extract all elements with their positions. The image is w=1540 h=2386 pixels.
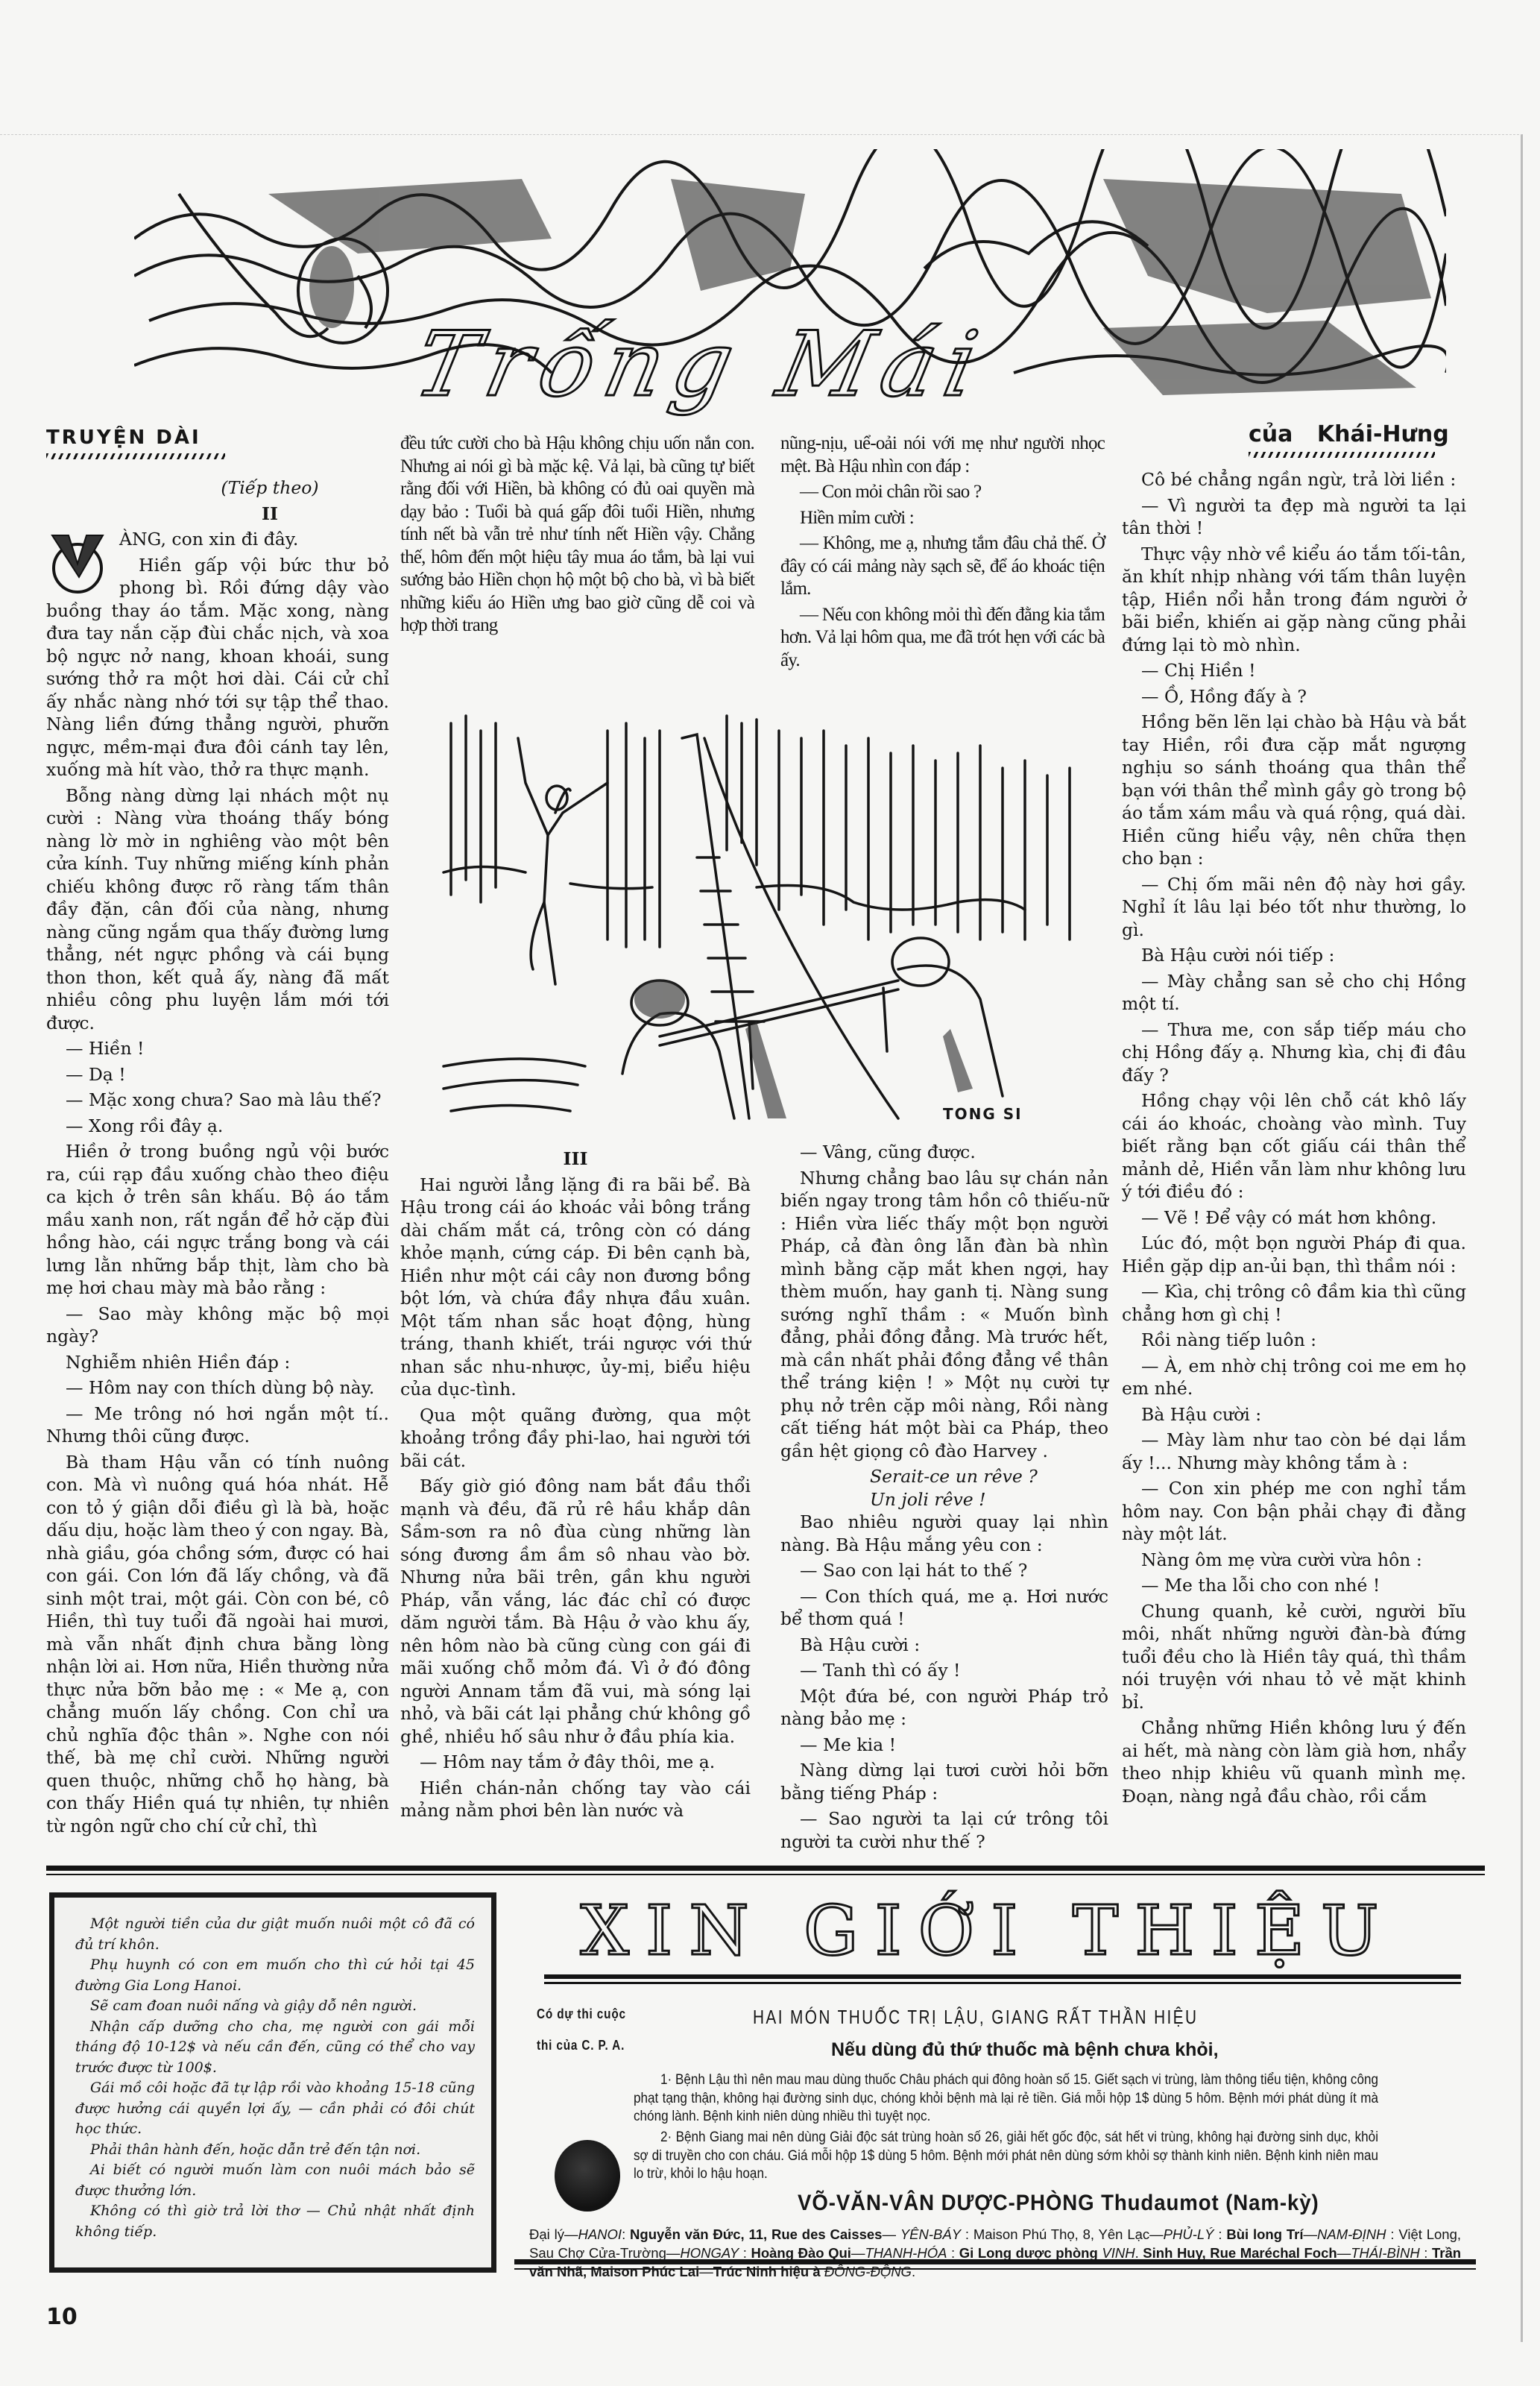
- illustrator-signature: TONG SI: [943, 1105, 1023, 1123]
- agent-city: VINH: [1102, 2245, 1135, 2261]
- promo-headline: HAI MÓN THUỐC TRỊ LẬU, GIANG RẤT THẦN HI…: [753, 2006, 1198, 2029]
- story-column-2-bottom: III Hai người lẳng lặng đi ra bãi bể. Bà…: [400, 1145, 751, 1825]
- agent-city: THANH-HÓA: [865, 2245, 947, 2261]
- promo-rule: [544, 1974, 1461, 1979]
- story-illustration: [436, 701, 1099, 1133]
- hatch-underline: [1249, 452, 1435, 458]
- dropcap-v-icon: [46, 531, 110, 595]
- contest-line: Có dự thi cuộc: [537, 1998, 657, 2030]
- divider-rule: [46, 1874, 1485, 1875]
- dialogue-line: — Hiền !: [46, 1037, 389, 1060]
- story-column-4: Cô bé chẳng ngần ngừ, trả lời liền : — V…: [1122, 468, 1466, 1810]
- agent-address: Sinh Huy, Rue Maréchal Foch: [1143, 2245, 1337, 2261]
- paragraph: Hồng bẽn lẽn lại chào bà Hậu và bắt tay …: [1122, 711, 1466, 870]
- paragraph: Hiền ở trong buồng ngủ vội bước ra, cúi …: [46, 1140, 389, 1300]
- ad-line: Một người tiền của dư giật muốn nuôi một…: [75, 1914, 475, 1955]
- dialogue-line: — Mày làm như tao còn bé dại lắm ấy !...…: [1122, 1429, 1466, 1474]
- author-byline: của Khái-Hưng: [1249, 421, 1449, 458]
- pharmacy-name: VÕ-VĂN-VÂN DƯỢC-PHÒNG Thudaumot (Nam-kỳ): [798, 2191, 1319, 2216]
- agents-list: Đại lý—HANOI: Nguyễn văn Đức, 11, Rue de…: [529, 2225, 1461, 2281]
- paragraph: Bà Hậu cười :: [1122, 1403, 1466, 1426]
- contest-note: Có dự thi cuộc thi của C. P. A.: [537, 1998, 657, 2061]
- divider-rule: [514, 2259, 1476, 2264]
- dialogue-line: — Mặc xong chưa? Sao mà lâu thế?: [46, 1089, 389, 1112]
- promo-item-1: 1· Bệnh Lậu thì nên mau mau dùng thuốc C…: [634, 2071, 1378, 2127]
- dialogue-line: — Mày chẳng san sẻ cho chị Hồng một tí.: [1122, 970, 1466, 1016]
- paragraph: Bao nhiêu người quay lại nhìn nàng. Bà H…: [780, 1511, 1108, 1556]
- promo-title: XIN GIỚI THIỆU: [514, 1894, 1461, 1968]
- section-label-text: TRUYỆN DÀI: [46, 426, 201, 449]
- paragraph: Lúc đó, một bọn người Pháp đi qua. Hiền …: [1122, 1232, 1466, 1277]
- dialogue-line: — Không, me ạ, nhưng tắm đâu chả thế. Ở …: [780, 532, 1105, 601]
- paragraph: Một đứa bé, con người Pháp trỏ nàng bảo …: [780, 1685, 1108, 1731]
- story-column-1: (Tiếp theo) II ÀNG, con xin đi đây. Hiền…: [46, 473, 389, 1840]
- paragraph: Bà Hậu cười nói tiếp :: [1122, 944, 1466, 967]
- chapter-heading: II: [46, 503, 389, 526]
- dialogue-line: — Hôm nay tắm ở đây thôi, me ạ.: [400, 1751, 751, 1774]
- dialogue-line: — Vẽ ! Để vậy có mát hơn không.: [1122, 1206, 1466, 1230]
- paragraph: Cô bé chẳng ngần ngừ, trả lời liền :: [1122, 468, 1466, 491]
- paragraph: Bà tham Hậu vẫn có tính nuông con. Mà vì…: [46, 1451, 389, 1838]
- paragraph: Chẳng những Hiền không lưu ý đến ai hết,…: [1122, 1716, 1466, 1807]
- paragraph: Hồng chạy vội lên chỗ cát khô lấy cái áo…: [1122, 1089, 1466, 1203]
- dialogue-line: — Sao người ta lại cứ trông tôi người ta…: [780, 1807, 1108, 1853]
- agents-label: Đại lý: [529, 2226, 564, 2242]
- section-label: TRUYỆN DÀI: [46, 426, 225, 459]
- paragraph: Nhưng chẳng bao lâu sự chán nản biến nga…: [780, 1167, 1108, 1463]
- paragraph: Nghiễm nhiên Hiền đáp :: [46, 1351, 389, 1374]
- agent-address: Trúc Ninh hiệu à: [713, 2264, 821, 2279]
- chapter-heading: III: [400, 1148, 751, 1171]
- agent-address: Maison Phú Thọ, 8, Yên Lạc: [973, 2226, 1149, 2242]
- dialogue-line: — Sao mày không mặc bộ mọi ngày?: [46, 1303, 389, 1348]
- pharmacy-advertisement: XIN GIỚI THIỆU Có dự thi cuộc thi của C.…: [514, 1894, 1498, 2282]
- agent-address: Nguyễn văn Đức, 11, Rue des Caisses: [630, 2226, 882, 2242]
- dialogue-line: — Ồ, Hồng đấy à ?: [1122, 685, 1466, 708]
- dialogue-line: — Thưa me, con sắp tiếp máu cho chị Hồng…: [1122, 1019, 1466, 1087]
- song-lyric: Serait-ce un rêve ?: [780, 1465, 1108, 1488]
- agent-city: THÁI-BÌNH: [1351, 2245, 1420, 2261]
- ad-line: Gái mồ côi hoặc đã tự lập rồi vào khoảng…: [75, 2078, 475, 2140]
- hatch-underline: [46, 453, 225, 459]
- agent-city: HONGAY: [680, 2245, 739, 2261]
- agent-city: PHỦ-LÝ: [1164, 2226, 1214, 2242]
- dialogue-line: — Dạ !: [46, 1063, 389, 1086]
- dialogue-line: — Sao con lại hát to thế ?: [780, 1559, 1108, 1582]
- dialogue-line: — Me trông nó hơi ngắn một tí.. Nhưng th…: [46, 1403, 389, 1448]
- dialogue-line: — Vâng, cũng được.: [780, 1141, 1108, 1164]
- paragraph: Bà Hậu cười :: [780, 1634, 1108, 1657]
- dialogue-line: — Con mỏi chân rồi sao ?: [780, 481, 1105, 504]
- paragraph: Bấy giờ gió đông nam bắt đầu thổi mạnh v…: [400, 1475, 751, 1748]
- agent-city: NAM-ĐỊNH: [1317, 2226, 1386, 2242]
- agent-address: Gi Long dược phòng: [959, 2245, 1098, 2261]
- divider-rule: [514, 2268, 1476, 2270]
- page-number: 10: [46, 2304, 78, 2330]
- dialogue-line: — Con thích quá, me ạ. Hơi nước bể thơm …: [780, 1585, 1108, 1631]
- paragraph: đều tức cười cho bà Hậu không chịu uốn n…: [400, 432, 754, 638]
- song-lyric: Un joli rêve !: [780, 1488, 1108, 1511]
- dialogue-line: — Me tha lỗi cho con nhé !: [1122, 1574, 1466, 1597]
- agent-city: HANOI: [578, 2226, 622, 2242]
- continued-note: (Tiếp theo): [46, 476, 389, 500]
- dialogue-line: — Chị Hiền !: [1122, 659, 1466, 682]
- paragraph: Qua một quãng đường, qua một khoảng trồn…: [400, 1404, 751, 1473]
- story-title: Trống Mái: [406, 313, 996, 417]
- classified-ad-box: Một người tiền của dư giật muốn nuôi một…: [49, 1892, 496, 2273]
- dialogue-line: — Con xin phép me con nghỉ tắm hôm nay. …: [1122, 1477, 1466, 1546]
- dialogue-line: — Kìa, chị trông cô đầm kia thì cũng chẳ…: [1122, 1280, 1466, 1326]
- story-column-3-top: nũng-nịu, uể-oải nói với mẹ như người nh…: [780, 432, 1105, 675]
- dialogue-line: — Chị ốm mãi nên độ này hơi gầy. Nghỉ ít…: [1122, 873, 1466, 942]
- paragraph: Nàng ôm mẹ vừa cười vừa hôn :: [1122, 1549, 1466, 1572]
- author-prefix: của: [1249, 421, 1293, 447]
- dialogue-line: — Me kia !: [780, 1734, 1108, 1757]
- dialogue-line: — Nếu con không mỏi thì đến đằng kia tắm…: [780, 604, 1105, 673]
- dialogue-line: — Hôm nay con thích dùng bộ này.: [46, 1376, 389, 1400]
- story-column-3-bottom: — Vâng, cũng được. Nhưng chẳng bao lâu s…: [780, 1141, 1108, 1856]
- ad-line: Phải thân hành đến, hoặc dẫn trẻ đến tận…: [75, 2140, 475, 2161]
- divider-rule: [46, 1866, 1485, 1871]
- paragraph: Bỗng nàng dừng lại nhách một nụ cười : N…: [46, 784, 389, 1035]
- paragraph: Rồi nàng tiếp luôn :: [1122, 1329, 1466, 1352]
- ad-line: Nhận cấp dưỡng cho cha, mẹ người con gái…: [75, 2017, 475, 2079]
- dialogue-line: — Tanh thì có ấy !: [780, 1659, 1108, 1682]
- ad-line: Ai biết có người muốn làm con nuôi mách …: [75, 2160, 475, 2201]
- paragraph: Hiền chán-nản chống tay vào cái mảng nằm…: [400, 1777, 751, 1822]
- beach-scene-illustration: [436, 701, 1099, 1133]
- agent-city: ĐÔNG-ĐỘNG: [824, 2264, 912, 2279]
- agent-address: Bùi long Trí: [1226, 2226, 1303, 2242]
- paragraph: Hai người lẳng lặng đi ra bãi bể. Bà Hậu…: [400, 1174, 751, 1401]
- ad-line: Phụ huynh có con em muốn cho thì cứ hỏi …: [75, 1955, 475, 1996]
- seal-emblem-icon: [555, 2140, 620, 2212]
- promo-item-2: 2· Bệnh Giang mai nên dùng Giải độc sát …: [634, 2129, 1378, 2184]
- paragraph: nũng-nịu, uể-oải nói với mẹ như người nh…: [780, 432, 1105, 478]
- promo-subheadline: Nếu dùng đủ thứ thuốc mà bệnh chưa khỏi,: [831, 2039, 1219, 2061]
- author-name: Khái-Hưng: [1317, 421, 1449, 447]
- paragraph: Hiền mỉm cười :: [780, 507, 1105, 530]
- agent-address: Hoàng Đào Qui: [751, 2245, 851, 2261]
- dialogue-line: — À, em nhờ chị trông coi me em họ em nh…: [1122, 1355, 1466, 1400]
- dialogue-line: — Xong rồi đây ạ.: [46, 1115, 389, 1138]
- contest-line: thi của C. P. A.: [537, 2030, 657, 2061]
- ad-line: Không có thì giờ trả lời thơ — Chủ nhật …: [75, 2201, 475, 2242]
- story-column-2-top: đều tức cười cho bà Hậu không chịu uốn n…: [400, 432, 754, 640]
- paragraph: Thực vậy nhờ về kiểu áo tắm tối-tân, ăn …: [1122, 543, 1466, 657]
- dialogue-line: — Vì người ta đẹp mà người ta lại tân th…: [1122, 494, 1466, 540]
- ad-line: Sẽ cam đoan nuôi nấng và giậy dỗ nên ngư…: [75, 1996, 475, 2017]
- paragraph: Chung quanh, kẻ cười, người bĩu môi, nhấ…: [1122, 1600, 1466, 1714]
- agent-city: YÊN-BÁY: [900, 2226, 961, 2242]
- paragraph: Nàng dừng lại tươi cười hỏi bỡn bằng tiế…: [780, 1759, 1108, 1804]
- promo-rule: [544, 1982, 1461, 1984]
